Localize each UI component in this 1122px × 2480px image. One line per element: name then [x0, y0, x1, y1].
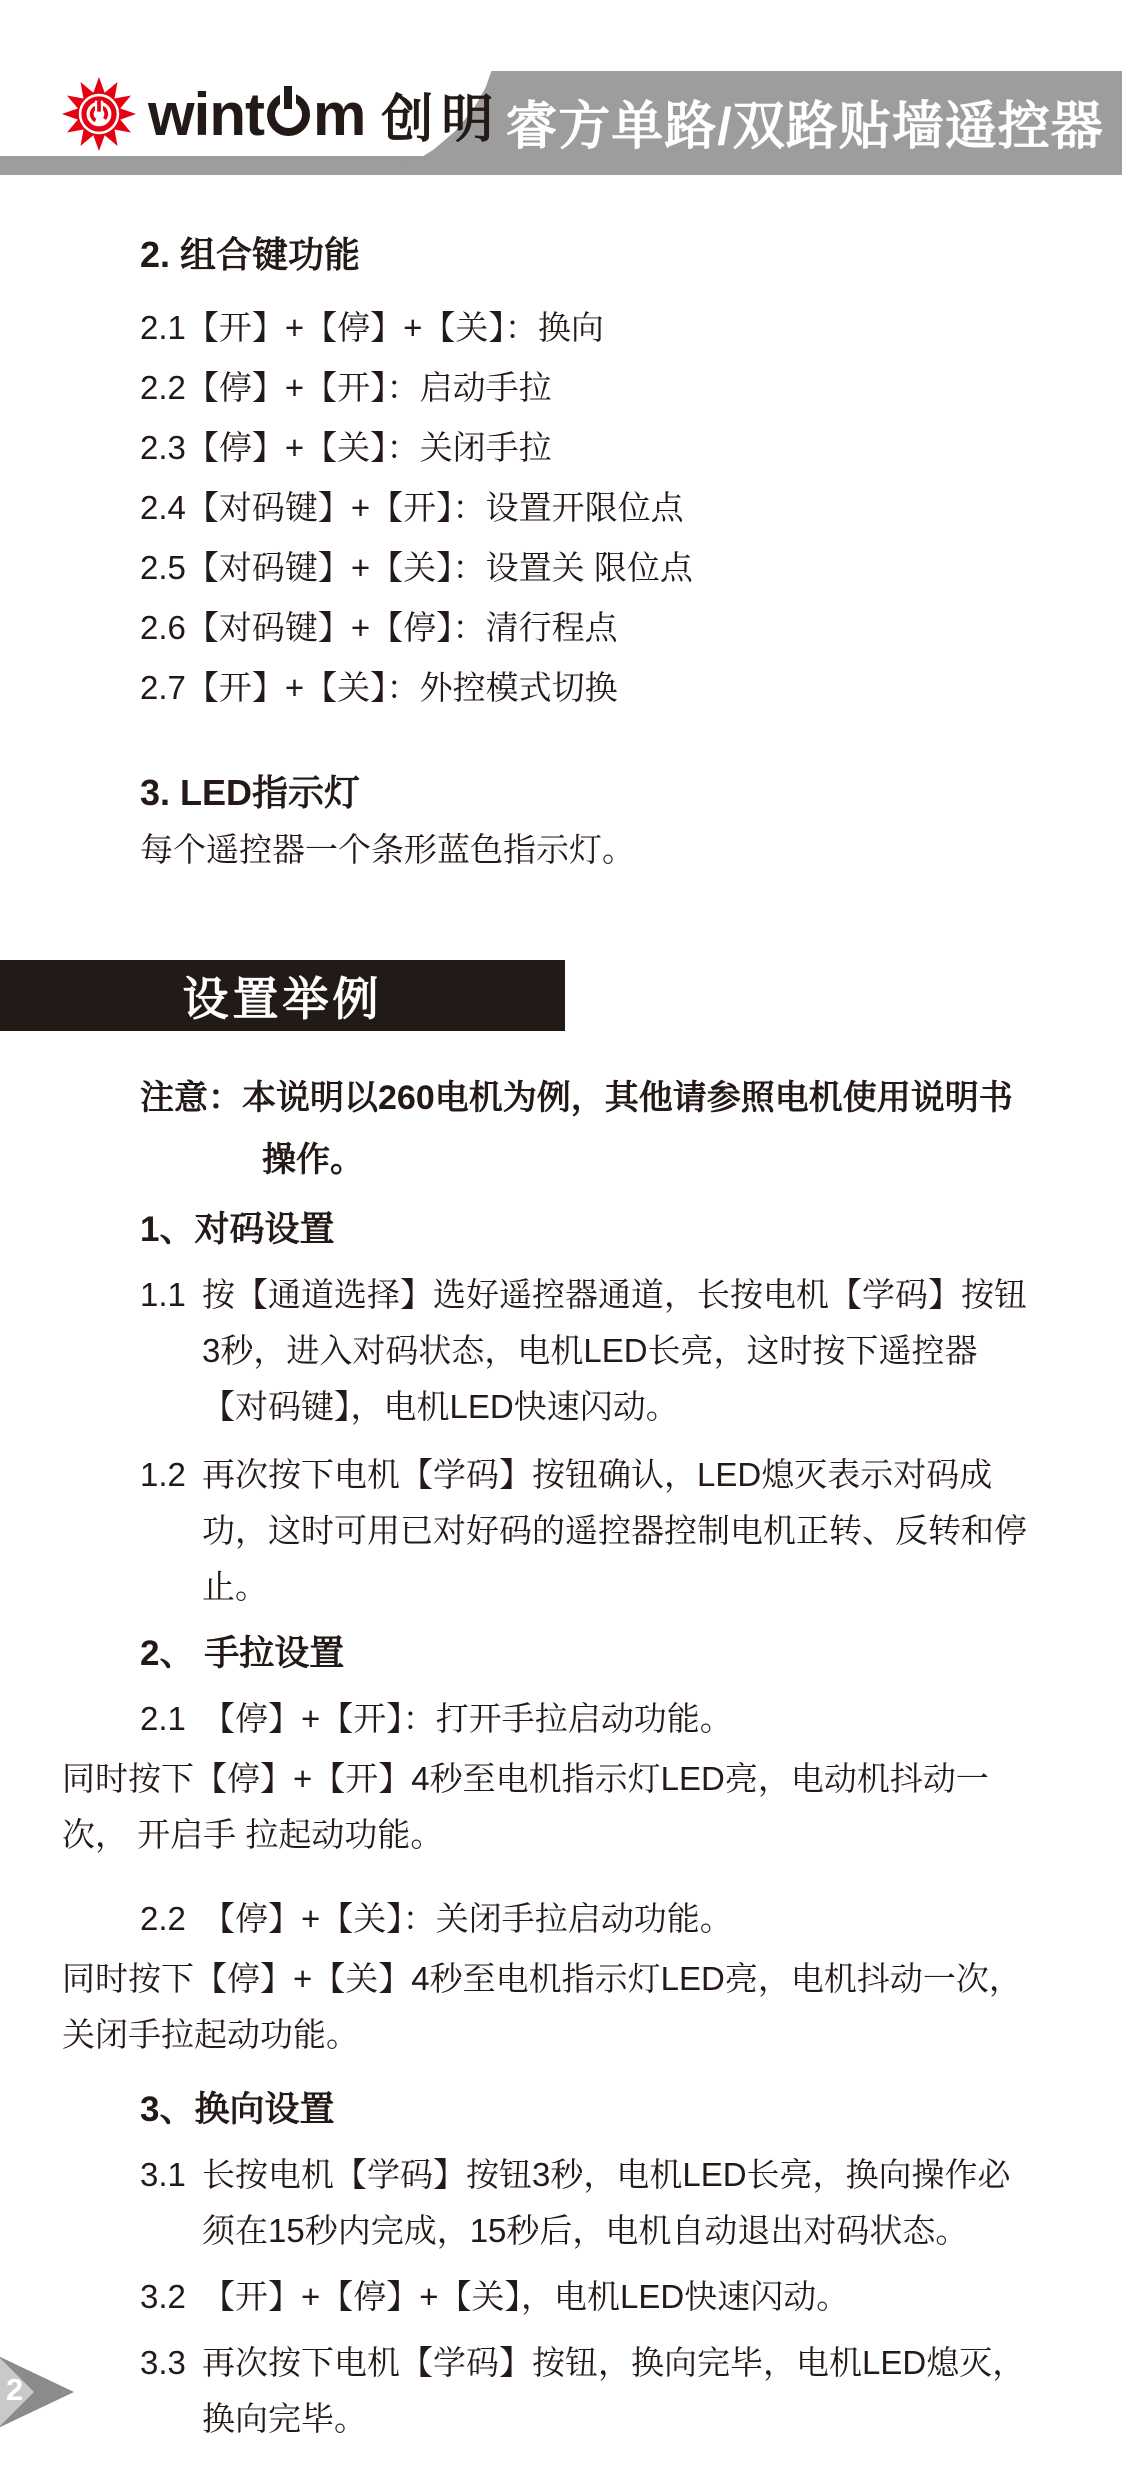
step-number: 3.3 — [140, 2335, 188, 2391]
notice-text: 本说明以260电机为例，其他请参照电机使用说明书操作。 — [242, 1079, 1013, 1179]
led-section-heading: 3. LED指示灯 — [140, 772, 1038, 814]
manual-content: 2. 组合键功能 2.1【开】+【停】+【关】：换向 2.2【停】+【开】：启动… — [0, 176, 1122, 2447]
step-text: 再次按下电机【学码】按钮确认，LED熄灭表示对码成功，这时可用已对好码的遥控器控… — [202, 1456, 1027, 1605]
product-title: 睿方单路/双路贴墙遥控器 — [505, 84, 1104, 159]
example-section-banner: 设置举例 — [0, 960, 565, 1031]
step-2-1-detail: 同时按下【停】+【开】4秒至电机指示灯LED亮，电动机抖动一次， 开启手 拉起动… — [62, 1751, 1038, 1863]
step-number: 1.2 — [140, 1447, 188, 1503]
led-section-body: 每个遥控器一个条形蓝色指示灯。 — [140, 828, 1038, 872]
power-icon — [267, 93, 310, 136]
brand-logo: wintm 创明 — [62, 64, 501, 164]
step-text: 再次按下电机【学码】按钮，换向完毕，电机LED熄灭，换向完毕。 — [202, 2344, 1025, 2437]
combo-key-list: 2.1【开】+【停】+【关】：换向 2.2【停】+【开】：启动手拉 2.3【停】… — [140, 298, 1038, 718]
step-3-1: 3.1长按电机【学码】按钮3秒，电机LED长亮，换向操作必须在15秒内完成，15… — [140, 2147, 1038, 2259]
page-number: 2 — [6, 2372, 23, 2408]
step-1-2: 1.2再次按下电机【学码】按钮确认，LED熄灭表示对码成功，这时可用已对好码的遥… — [140, 1447, 1038, 1615]
step-text: 【停】+【关】：关闭手拉启动功能。 — [202, 1900, 733, 1937]
step-text: 【停】+【开】：打开手拉启动功能。 — [202, 1700, 733, 1737]
notice-label: 注意： — [140, 1079, 242, 1117]
step-text: 按【通道选择】选好遥控器通道，长按电机【学码】按钮3秒，进入对码状态，电机LED… — [202, 1276, 1027, 1425]
combo-item: 2.1【开】+【停】+【关】：换向 — [140, 298, 1038, 358]
sub1-heading: 1、对码设置 — [140, 1209, 1038, 1251]
combo-item: 2.7【开】+【关】：外控模式切换 — [140, 658, 1038, 718]
step-2-2: 2.2【停】+【关】：关闭手拉启动功能。 — [140, 1891, 1038, 1947]
step-number: 2.2 — [140, 1891, 188, 1947]
brand-wordmark: wintm — [148, 80, 365, 149]
notice-paragraph: 注意：本说明以260电机为例，其他请参照电机使用说明书操作。 — [140, 1067, 1038, 1191]
sub3-heading: 3、换向设置 — [140, 2089, 1038, 2131]
step-number: 3.1 — [140, 2147, 188, 2203]
brand-latin-pre: wint — [148, 81, 264, 148]
combo-item: 2.4【对码键】+【开】：设置开限位点 — [140, 478, 1038, 538]
combo-section-heading: 2. 组合键功能 — [140, 234, 1038, 276]
sub2-heading: 2、 手拉设置 — [140, 1633, 1038, 1675]
combo-item: 2.6【对码键】+【停】：清行程点 — [140, 598, 1038, 658]
step-2-2-detail: 同时按下【停】+【关】4秒至电机指示灯LED亮，电机抖动一次，关闭手拉起动功能。 — [62, 1951, 1038, 2063]
example-section-title: 设置举例 — [183, 963, 383, 1029]
step-text: 【开】+【停】+【关】，电机LED快速闪动。 — [202, 2278, 849, 2315]
manual-page: 睿方单路/双路贴墙遥控器 wintm 创明 2. 组合键功能 2.1【开】+【停… — [0, 0, 1122, 2480]
brand-latin-post: m — [313, 81, 365, 148]
step-number: 1.1 — [140, 1267, 188, 1323]
combo-item: 2.2【停】+【开】：启动手拉 — [140, 358, 1038, 418]
combo-item: 2.5【对码键】+【关】：设置关 限位点 — [140, 538, 1038, 598]
step-2-1: 2.1【停】+【开】：打开手拉启动功能。 — [140, 1691, 1038, 1747]
step-3-2: 3.2【开】+【停】+【关】，电机LED快速闪动。 — [140, 2269, 1038, 2325]
step-text: 长按电机【学码】按钮3秒，电机LED长亮，换向操作必须在15秒内完成，15秒后，… — [202, 2156, 1011, 2249]
step-number: 2.1 — [140, 1691, 188, 1747]
sun-logo-icon — [62, 77, 136, 151]
step-3-3: 3.3再次按下电机【学码】按钮，换向完毕，电机LED熄灭，换向完毕。 — [140, 2335, 1038, 2447]
step-number: 3.2 — [140, 2269, 188, 2325]
brand-chinese-name: 创明 — [381, 77, 501, 152]
page-header: 睿方单路/双路贴墙遥控器 wintm 创明 — [0, 0, 1122, 176]
step-1-1: 1.1按【通道选择】选好遥控器通道，长按电机【学码】按钮3秒，进入对码状态，电机… — [140, 1267, 1038, 1435]
combo-item: 2.3【停】+【关】：关闭手拉 — [140, 418, 1038, 478]
